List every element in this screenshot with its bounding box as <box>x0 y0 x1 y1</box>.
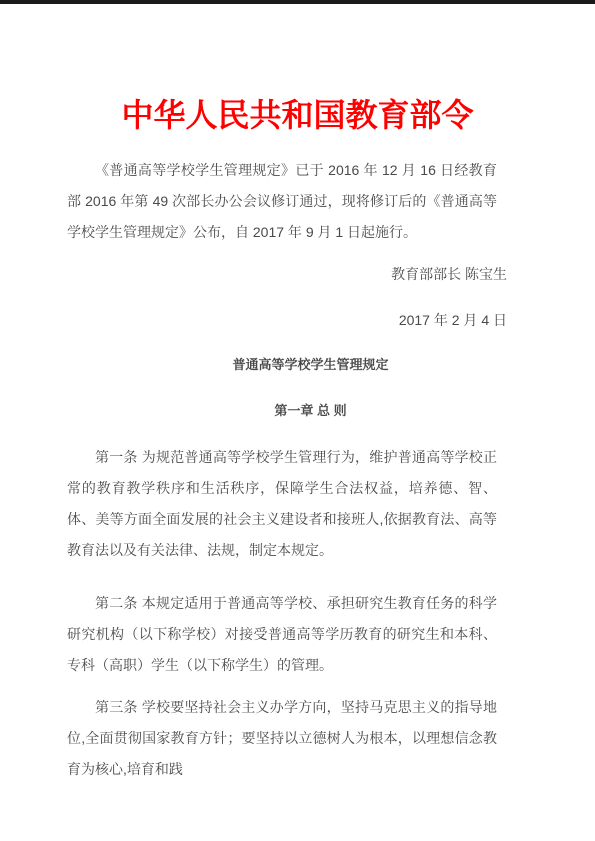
ministry-order-masthead: 中华人民共和国教育部令 <box>67 97 528 133</box>
regulation-title: 普通高等学校学生管理规定 <box>67 349 528 380</box>
document-page: 中华人民共和国教育部令 《普通高等学校学生管理规定》已于 2016 年 12 月… <box>0 0 595 841</box>
preamble-paragraph: 《普通高等学校学生管理规定》已于 2016 年 12 月 16 日经教育部 20… <box>67 155 528 248</box>
article-3-paragraph: 第三条 学校要坚持社会主义办学方向，坚持马克思主义的指导地位,全面贯彻国家教育方… <box>67 692 528 785</box>
article-2-paragraph: 第二条 本规定适用于普通高等学校、承担研究生教育任务的科学研究机构（以下称学校）… <box>67 588 528 681</box>
top-edge-bar <box>0 0 595 4</box>
chapter-1-heading: 第一章 总 则 <box>67 395 528 426</box>
signer-line: 教育部部长 陈宝生 <box>67 259 528 290</box>
article-1-paragraph: 第一条 为规范普通高等学校学生管理行为，维护普通高等学校正常的教育教学秩序和生活… <box>67 442 528 566</box>
sign-date-line: 2017 年 2 月 4 日 <box>67 305 528 336</box>
document-content: 中华人民共和国教育部令 《普通高等学校学生管理规定》已于 2016 年 12 月… <box>0 97 595 785</box>
